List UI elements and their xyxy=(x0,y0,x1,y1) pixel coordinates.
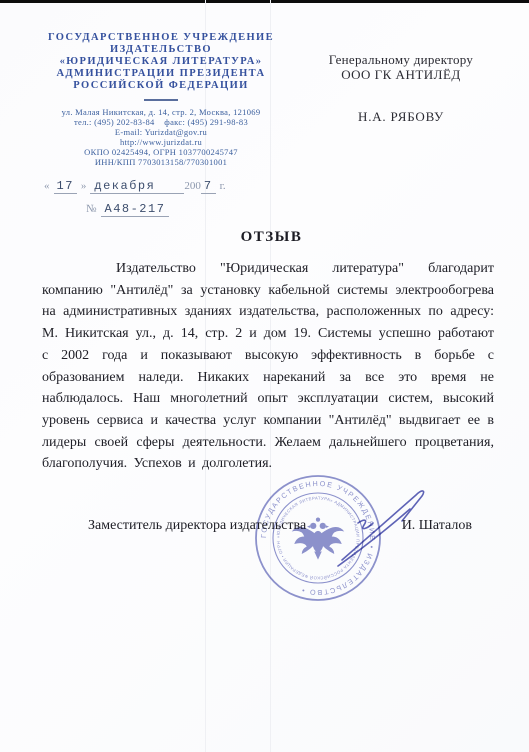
letterhead-divider xyxy=(144,99,178,101)
handwritten-signature-ink xyxy=(330,470,510,580)
letter-body-paragraph: Издательство "Юридическая литература" бл… xyxy=(42,258,494,475)
date-close-quote: » xyxy=(81,180,87,192)
scanned-letter-page: ГОСУДАРСТВЕННОЕ УЧРЕЖДЕНИЕ ИЗДАТЕЛЬСТВО … xyxy=(0,0,529,752)
letterhead: ГОСУДАРСТВЕННОЕ УЧРЕЖДЕНИЕ ИЗДАТЕЛЬСТВО … xyxy=(28,32,294,167)
letterhead-inn-kpp-line: ИНН/КПП 7703013158/770301001 xyxy=(28,157,294,167)
addressee-block: Генеральному директору ООО ГК АНТИЛЁД Н.… xyxy=(310,52,492,124)
date-year-prefix: 200 xyxy=(184,180,201,192)
date-line: « 17 » декабря2007 г. xyxy=(44,176,226,194)
ref-number-line: № А48-217 xyxy=(86,199,169,217)
signature-stroke xyxy=(342,491,424,560)
date-day-typed: 17 xyxy=(54,180,77,194)
letterhead-email-line: E-mail: Yurizdat@gov.ru xyxy=(28,127,294,137)
letterhead-org-line: ИЗДАТЕЛЬСТВО xyxy=(28,44,294,56)
signature-stroke xyxy=(358,520,373,528)
date-year-suffix: г. xyxy=(220,180,226,192)
letterhead-website-line: http://www.jurizdat.ru xyxy=(28,137,294,147)
addressee-name: Н.А. РЯБОВУ xyxy=(310,109,492,124)
letterhead-phone-line: тел.: (495) 202-83-84 факс: (495) 291-98… xyxy=(28,117,294,127)
letterhead-org-line: ГОСУДАРСТВЕННОЕ УЧРЕЖДЕНИЕ xyxy=(28,32,294,44)
letterhead-org-line: РОССИЙСКОЙ ФЕДЕРАЦИИ xyxy=(28,80,294,92)
letterhead-org-line: «ЮРИДИЧЕСКАЯ ЛИТЕРАТУРА» xyxy=(28,56,294,68)
number-sign: № xyxy=(86,203,97,215)
ref-number-typed: А48-217 xyxy=(101,203,170,217)
addressee-company: ООО ГК АНТИЛЁД xyxy=(310,67,492,82)
scan-edge-artifact xyxy=(0,0,529,3)
letterhead-address-line: ул. Малая Никитская, д. 14, стр. 2, Моск… xyxy=(28,107,294,117)
letterhead-org-line: АДМИНИСТРАЦИИ ПРЕЗИДЕНТА xyxy=(28,68,294,80)
letterhead-okpo-ogrn-line: ОКПО 02425494, ОГРН 1037700245747 xyxy=(28,147,294,157)
addressee-role: Генеральному директору xyxy=(310,52,492,67)
date-year-digit-typed: 7 xyxy=(201,180,216,194)
document-title: ОТЗЫВ xyxy=(7,229,529,246)
signature-stroke xyxy=(338,509,410,566)
date-month-typed: декабря xyxy=(90,180,184,194)
date-open-quote: « xyxy=(44,180,50,192)
